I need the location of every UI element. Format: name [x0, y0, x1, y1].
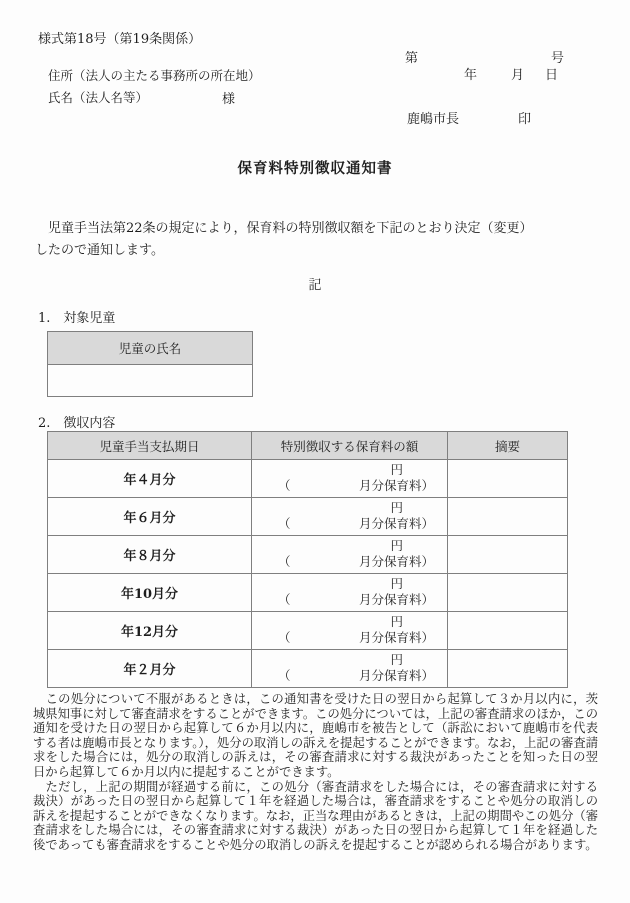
- remarks-cell: [448, 650, 568, 688]
- seal-placeholder: 印: [518, 108, 531, 127]
- date-year-label: 年: [464, 64, 477, 83]
- payment-period-cell: 年４月分: [48, 460, 252, 498]
- target-children-table: 児童の氏名: [47, 331, 253, 397]
- record-marker: 記: [0, 274, 630, 293]
- notice-document-page: 様式第18号（第19条関係） 第 号 住所（法人の主たる事務所の所在地） 年 月…: [0, 0, 630, 903]
- amount-cell: 円 （ 月分保育料）: [252, 650, 448, 688]
- section2-heading: 2. 徴収内容: [38, 412, 115, 431]
- amount-cell: 円 （ 月分保育料）: [252, 498, 448, 536]
- amount-note: （ 月分保育料）: [252, 516, 447, 532]
- table-row: 年10月分 円 （ 月分保育料）: [48, 574, 568, 612]
- section1-heading: 1. 対象児童: [38, 307, 115, 326]
- table-header-row: 児童手当支払期日 特別徴収する保育料の額 摘要: [48, 432, 568, 460]
- amount-note: （ 月分保育料）: [252, 478, 447, 494]
- paren-open: （: [278, 478, 291, 494]
- paren-open: （: [278, 668, 291, 684]
- honorific-label: 様: [222, 88, 235, 107]
- addressee-name-label: 氏名（法人名等）: [48, 88, 148, 106]
- amount-unit: 円: [252, 652, 447, 668]
- child-name-cell: [48, 365, 253, 397]
- form-number: 様式第18号（第19条関係）: [38, 28, 201, 47]
- remarks-header: 摘要: [448, 432, 568, 460]
- remarks-cell: [448, 460, 568, 498]
- payment-period-cell: 年10月分: [48, 574, 252, 612]
- table-row: 年８月分 円 （ 月分保育料）: [48, 536, 568, 574]
- paren-open: （: [278, 554, 291, 570]
- payment-period-header: 児童手当支払期日: [48, 432, 252, 460]
- table-row: 年６月分 円 （ 月分保育料）: [48, 498, 568, 536]
- document-title: 保育料特別徴収通知書: [0, 157, 630, 178]
- payment-period-cell: 年２月分: [48, 650, 252, 688]
- amount-unit: 円: [252, 462, 447, 478]
- amount-note: （ 月分保育料）: [252, 668, 447, 684]
- paren-text: 月分保育料）: [359, 478, 434, 494]
- amount-unit: 円: [252, 614, 447, 630]
- paren-text: 月分保育料）: [359, 554, 434, 570]
- appeal-paragraph-1: この処分について不服があるときは，この通知書を受けた日の翌日から起算して３か月以…: [33, 692, 598, 780]
- payment-period-cell: 年８月分: [48, 536, 252, 574]
- table-row: [48, 365, 253, 397]
- address-label: 住所（法人の主たる事務所の所在地）: [48, 66, 261, 84]
- appeal-rights-notes: この処分について不服があるときは，この通知書を受けた日の翌日から起算して３か月以…: [33, 692, 598, 853]
- amount-cell: 円 （ 月分保育料）: [252, 574, 448, 612]
- amount-cell: 円 （ 月分保育料）: [252, 536, 448, 574]
- table-row: 年４月分 円 （ 月分保育料）: [48, 460, 568, 498]
- amount-note: （ 月分保育料）: [252, 592, 447, 608]
- paren-text: 月分保育料）: [359, 668, 434, 684]
- collection-amount-header: 特別徴収する保育料の額: [252, 432, 448, 460]
- paren-open: （: [278, 592, 291, 608]
- table-row: 年12月分 円 （ 月分保育料）: [48, 612, 568, 650]
- remarks-cell: [448, 574, 568, 612]
- amount-unit: 円: [252, 500, 447, 516]
- amount-unit: 円: [252, 576, 447, 592]
- payment-period-cell: 年６月分: [48, 498, 252, 536]
- intro-paragraph: 児童手当法第22条の規定により，保育料の特別徴収額を下記のとおり決定（変更） し…: [35, 218, 598, 262]
- child-name-header: 児童の氏名: [48, 332, 253, 365]
- remarks-cell: [448, 498, 568, 536]
- appeal-paragraph-2: ただし，上記の期間が経過する前に，この処分（審査請求をした場合には，その審査請求…: [33, 780, 598, 853]
- paren-open: （: [278, 516, 291, 532]
- amount-note: （ 月分保育料）: [252, 554, 447, 570]
- remarks-cell: [448, 612, 568, 650]
- amount-cell: 円 （ 月分保育料）: [252, 612, 448, 650]
- amount-note: （ 月分保育料）: [252, 630, 447, 646]
- paren-open: （: [278, 630, 291, 646]
- table-header-row: 児童の氏名: [48, 332, 253, 365]
- remarks-cell: [448, 536, 568, 574]
- paren-text: 月分保育料）: [359, 592, 434, 608]
- paren-text: 月分保育料）: [359, 630, 434, 646]
- paren-text: 月分保育料）: [359, 516, 434, 532]
- payment-period-cell: 年12月分: [48, 612, 252, 650]
- date-month-label: 月: [511, 64, 524, 83]
- date-day-label: 日: [545, 64, 558, 83]
- collection-details-table: 児童手当支払期日 特別徴収する保育料の額 摘要 年４月分 円 （ 月分保育料） …: [47, 431, 568, 688]
- doc-number-prefix: 第: [405, 47, 418, 66]
- issuer-mayor-label: 鹿嶋市長: [407, 108, 459, 127]
- amount-cell: 円 （ 月分保育料）: [252, 460, 448, 498]
- amount-unit: 円: [252, 538, 447, 554]
- table-row: 年２月分 円 （ 月分保育料）: [48, 650, 568, 688]
